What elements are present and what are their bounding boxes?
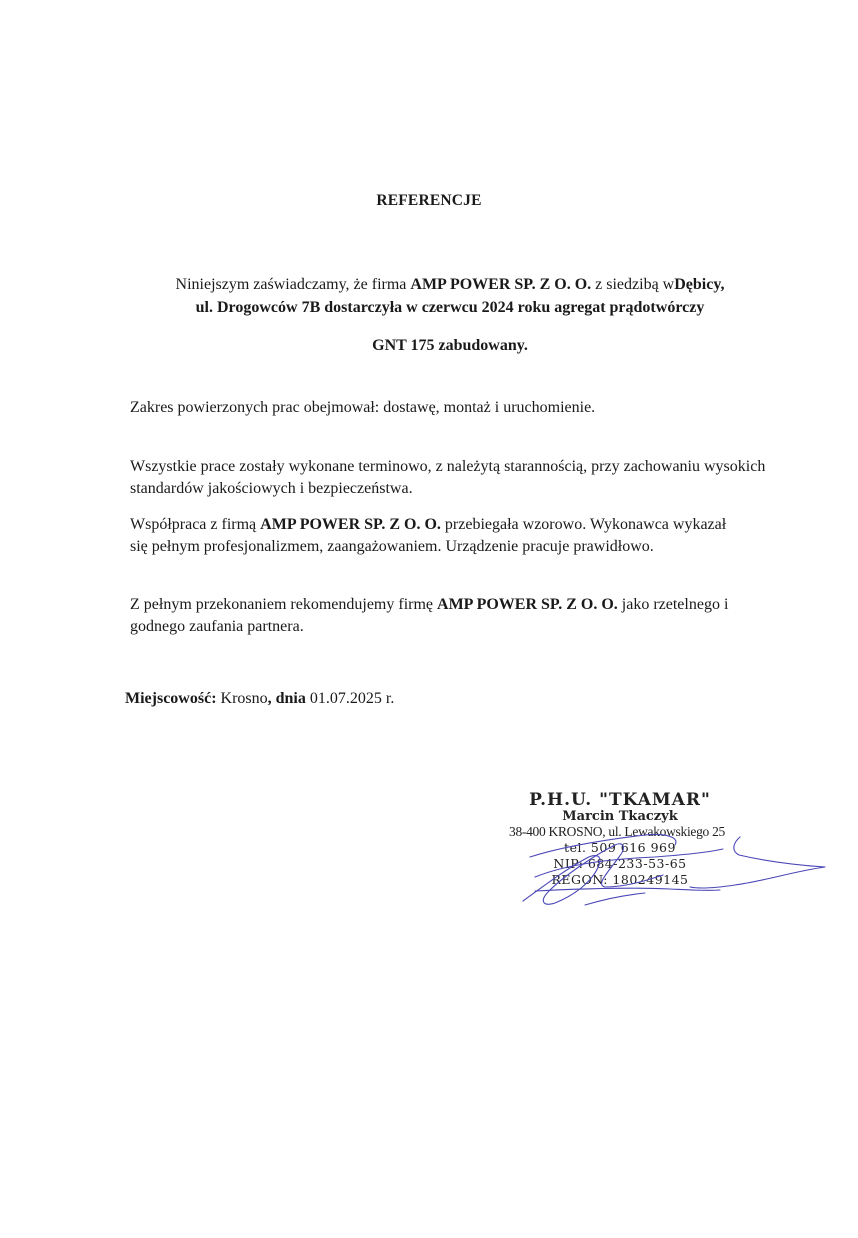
intro-line-2: ul. Drogowców 7B dostarczyła w czerwcu 2…: [130, 296, 770, 320]
handwritten-signature: [495, 815, 835, 915]
cooperation-text: Współpraca z firmą: [130, 516, 260, 533]
document-title: REFERENCJE: [0, 192, 858, 210]
intro-text: Niniejszym zaświadczamy, że firma: [176, 276, 411, 293]
place-date-line: Miejscowość: Krosno, dnia 01.07.2025 r.: [125, 690, 394, 708]
intro-line-3: GNT 175 zabudowany.: [130, 334, 770, 358]
stamp-company-name: P.H.U. "TKAMAR": [495, 790, 745, 810]
intro-text: z siedzibą w: [591, 276, 674, 293]
place-label: Miejscowość:: [125, 690, 217, 707]
scope-paragraph: Zakres powierzonych prac obejmował: dost…: [130, 397, 780, 419]
signature-strokes: [523, 834, 825, 905]
company-name: AMP POWER SP. Z O. O.: [410, 276, 591, 293]
recommendation-text: Z pełnym przekonaniem rekomendujemy firm…: [130, 596, 437, 613]
company-name: AMP POWER SP. Z O. O.: [437, 596, 618, 613]
place-value: Krosno: [217, 690, 268, 707]
company-name: AMP POWER SP. Z O. O.: [260, 516, 441, 533]
quality-paragraph: Wszystkie prace zostały wykonane termino…: [130, 456, 770, 500]
date-value: 01.07.2025 r.: [306, 690, 394, 707]
intro-line-1: Niniejszym zaświadczamy, że firma AMP PO…: [130, 273, 770, 297]
date-label: , dnia: [268, 690, 306, 707]
recommendation-paragraph: Z pełnym przekonaniem rekomendujemy firm…: [130, 594, 740, 638]
city-name: Dębicy,: [674, 276, 724, 293]
cooperation-paragraph: Współpraca z firmą AMP POWER SP. Z O. O.…: [130, 514, 740, 558]
